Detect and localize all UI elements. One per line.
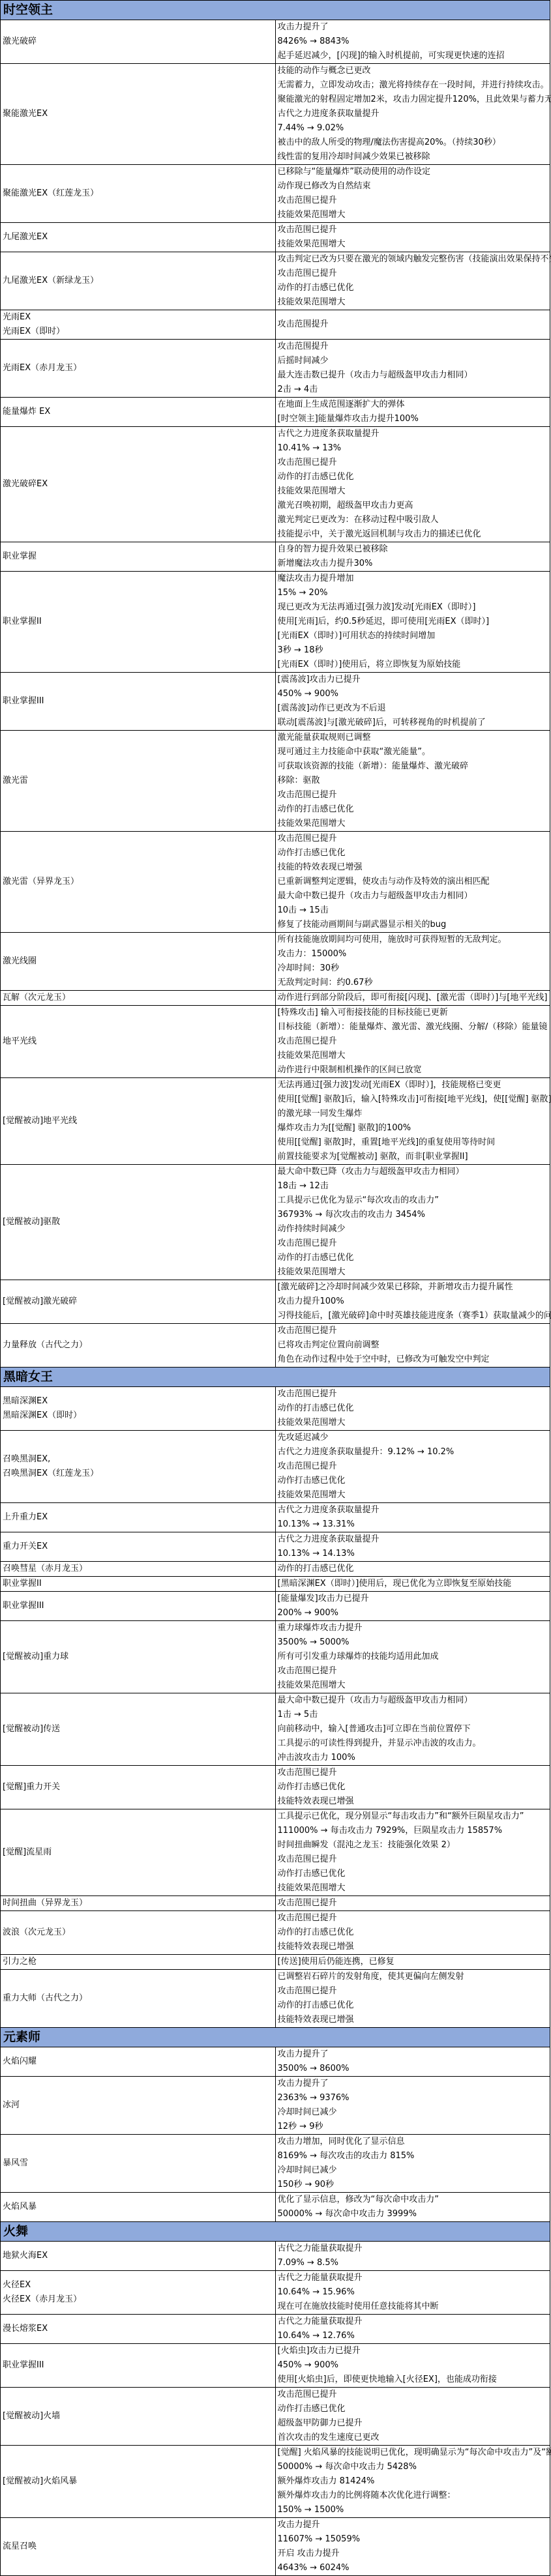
change-line: 技能效果范围增大 [278,208,548,222]
change-line: 攻击范围已提升 [278,1387,548,1401]
table-row: 激光雷（异界龙玉）攻击范围已提升动作打击感已优化技能的特效表现已增强已重新调整判… [1,832,550,933]
change-line: 已移除与“能量爆炸”联动使用的动作设定 [278,165,548,179]
change-line: 18击 → 12击 [278,1179,548,1193]
change-line: 3500% → 8600% [278,2062,548,2076]
skill-name: 激光破碎EX [3,477,273,491]
change-line: 攻击范围已提升 [278,1664,548,1678]
change-description-cell: 古代之力能量获取提升10.64% → 12.76% [275,2315,550,2344]
section-title: 黑暗女王 [1,1368,550,1387]
skill-name-cell: 能量爆炸 EX [1,398,276,427]
skill-name-cell: [觉醒被动]重力球 [1,1621,276,1693]
change-line: 额外爆炸攻击力的比例将随本次优化进行调整： [278,2489,548,2503]
skill-name-cell: 激光破碎 [1,20,276,64]
change-line: 新增魔法攻击力提升30% [278,557,548,571]
change-line: 攻击范围已提升 [278,2388,548,2402]
skill-name-cell: 黑暗深渊EX黑暗深渊EX（即时） [1,1387,276,1431]
change-line: 已重新调整判定逻辑，使攻击与动作及特效的演出相匹配 [278,875,548,889]
change-description-cell: [震荡波]攻击力已提升450% → 900%[震荡波]动作已更改为不后退联动[震… [275,673,550,731]
skill-name: 激光雷（异界龙玉） [3,875,273,889]
table-row: 冰河攻击力提升了2363% → 9376%冷却时间已减少12秒 → 9秒 [1,2077,550,2135]
skill-name: 火径EX [3,2278,273,2292]
skill-name-cell: 职业掌握III [1,2344,276,2388]
skill-name-cell: 上升重力EX [1,1503,276,1532]
change-line: 攻击范围已提升 [278,1237,548,1251]
change-line: 8169% → 每次攻击的攻击力 815% [278,2149,548,2163]
table-row: [觉醒被动]地平光线无法再通过[强力波]发动[光雨EX（即时）]，技能规格已变更… [1,1078,550,1165]
change-line: 工具提示已优化，现分别显示“每击攻击力”和“额外巨陨星攻击力” [278,1809,548,1824]
change-line: 冷却时间已减少 [278,2163,548,2178]
skill-name: 激光线圈 [3,954,273,969]
change-line: 后摇时间减少 [278,354,548,368]
table-row: 职业掌握II[黑暗深渊EX（即时）]使用后，现已优化为立即恢复至原始技能 [1,1577,550,1592]
change-description-cell: 已移除与“能量爆炸”联动使用的动作设定动作现已修改为自然结束攻击范围已提升技能效… [275,165,550,223]
skill-name-cell: 聚能激光EX [1,64,276,165]
change-line: 动作的打击感已优化 [278,802,548,817]
change-line: 最大命中数已降（攻击力与超级盔甲攻击力相同） [278,1165,548,1179]
skill-name: 职业掌握III [3,2358,273,2373]
skill-name-cell: [觉醒被动]驱散 [1,1165,276,1280]
change-line: 动作打击感已优化 [278,846,548,860]
skill-name: [觉醒被动]驱散 [3,1215,273,1229]
change-line: 攻击范围提升 [278,317,548,332]
change-line: 攻击力提升100% [278,1295,548,1309]
change-line: 450% → 900% [278,687,548,701]
skill-name: [觉醒被动]传送 [3,1722,273,1736]
change-line: 10.41% → 13% [278,441,548,456]
change-description-cell: 攻击力提升了2363% → 9376%冷却时间已减少12秒 → 9秒 [275,2077,550,2135]
table-row: 火焰风暴优化了显示信息，修改为“每次命中攻击力”50000% → 每次命中攻击力… [1,2193,550,2222]
skill-name: [觉醒]重力开关 [3,1780,273,1794]
skill-name-cell: 光雨EX光雨EX（即时） [1,310,276,340]
change-line: 古代之力进度条获取量提升 [278,1532,548,1547]
skill-name: [觉醒被动]激光破碎 [3,1295,273,1309]
skill-name: 聚能激光EX（红莲龙玉） [3,186,273,201]
change-description-cell: [觉醒] 火焰风暴的技能说明已优化，现明确显示为“每次命中攻击力”及“额外爆炸攻… [275,2446,550,2518]
section-title: 时空领主 [1,1,550,20]
table-row: [觉醒被动]驱散最大命中数已降（攻击力与超级盔甲攻击力相同）18击 → 12击工… [1,1165,550,1280]
change-line: 可获取该资源的技能（新增）：能量爆炸、激光破碎 [278,759,548,774]
table-row: 黑暗深渊EX黑暗深渊EX（即时）攻击范围已提升动作的打击感已优化技能效果范围增大 [1,1387,550,1431]
change-line: 技能效果范围增大 [278,1265,548,1280]
change-line: 动作进行中限制相机操作的区间已放宽 [278,1063,548,1077]
table-row: [觉醒被动]激光破碎[激光破碎]之冷却时间减少效果已移除，并新增攻击力提升属性攻… [1,1280,550,1324]
table-row: 上升重力EX古代之力进度条获取量提升10.13% → 13.31% [1,1503,550,1532]
table-row: 职业掌握自身的智力提升效果已被移除新增魔法攻击力提升30% [1,542,550,572]
table-row: 职业掌握III[能量爆发]攻击力已提升200% → 900% [1,1592,550,1621]
skill-name-cell: 聚能激光EX（红莲龙玉） [1,165,276,223]
skill-name-cell: [觉醒被动]传送 [1,1693,276,1766]
skill-name: 火焰风暴 [3,2200,273,2214]
table-row: [觉醒被动]传送最大命中数已提升（攻击力与超级盔甲攻击力相同）1击 → 5击向前… [1,1693,550,1766]
skill-name: 职业掌握III [3,1599,273,1613]
table-row: 波浪（次元龙玉）攻击范围已提升动作的打击感已优化技能特效表现已增强 [1,1911,550,1955]
change-line: 动作的打击感已优化 [278,1925,548,1940]
skill-name: 能量爆炸 EX [3,405,273,419]
change-description-cell: 古代之力进度条获取量提升10.41% → 13%攻击范围已提升动作的打击感已优化… [275,427,550,542]
skill-name: 职业掌握II [3,615,273,629]
skill-name: 重力开关EX [3,1540,273,1554]
change-line: 50000% → 每次命中攻击力 5428% [278,2460,548,2474]
skill-name: 黑暗深渊EX（即时） [3,1409,273,1423]
change-line: 10.13% → 14.13% [278,1547,548,1561]
skill-name: 召唤黑洞EX（红莲龙玉） [3,1467,273,1481]
change-line: 时间扭曲瞬发（混沌之龙玉：技能强化效果 2） [278,1838,548,1852]
change-line: 起手延迟减少，[闪现]的输入时机提前，可实现更快速的连招 [278,49,548,63]
skill-name-cell: 职业掌握II [1,572,276,673]
skill-name: 地平光线 [3,1034,273,1049]
change-description-cell: 激光能量获取规则已调整现可通过主力技能命中获取“激光能量”。可获取该资源的技能（… [275,731,550,832]
change-line: 动作的打击感已优化 [278,470,548,484]
change-line: 2击 → 4击 [278,383,548,397]
change-description-cell: 攻击范围已提升动作的打击感已优化技能特效表现已增强 [275,1911,550,1955]
change-description-cell: 重力球爆炸攻击力提升3500% → 5000%所有可引发重力球爆炸的技能均适用此… [275,1621,550,1693]
skill-name: 冰河 [3,2098,273,2113]
skill-name-cell: 重力大师（古代之力） [1,1970,276,2028]
skill-name-cell: [觉醒被动]激光破碎 [1,1280,276,1324]
skill-name: 九尾激光EX（新绿龙玉） [3,274,273,288]
skill-name: 光雨EX（即时） [3,325,273,339]
skill-name-cell: [觉醒]重力开关 [1,1766,276,1809]
table-row: 职业掌握III[火焰虫]攻击力已提升450% → 900%使用[火焰虫]后，即使… [1,2344,550,2388]
change-line: 2363% → 9376% [278,2091,548,2105]
change-line: 200% → 900% [278,1606,548,1620]
change-line: 技能效果范围增大 [278,1881,548,1895]
change-description-cell: 攻击范围已提升已将攻击判定位置向前调整角色在动作过程中处于空中时，已修改为可触发… [275,1324,550,1368]
change-description-cell: 工具提示已优化，现分别显示“每击攻击力”和“额外巨陨星攻击力”111000% →… [275,1809,550,1896]
change-line: 所有技能施放期间均可使用，施放时可获得短暂的无敌判定。 [278,933,548,947]
change-line: 技能效果范围增大 [278,1678,548,1693]
change-line: 动作现已修改为自然结束 [278,179,548,194]
change-line: 150% → 1500% [278,2503,548,2517]
skill-name: 波浪（次元龙玉） [3,1925,273,1940]
change-line: 工具提示的可读性得到提升，并显示冲击波的攻击力。 [278,1736,548,1751]
skill-name: 瓦解（次元龙玉） [3,991,273,1005]
skill-name-cell: 激光线圈 [1,933,276,991]
table-row: 激光线圈所有技能施放期间均可使用，施放时可获得短暂的无敌判定。攻击力：15000… [1,933,550,991]
skill-name-cell: 职业掌握II [1,1577,276,1592]
table-row: 光雨EX光雨EX（即时）攻击范围提升 [1,310,550,340]
change-line: 角色在动作过程中处于空中时，已修改为可触发空中判定 [278,1353,548,1367]
change-description-cell: 所有技能施放期间均可使用，施放时可获得短暂的无敌判定。攻击力：15000%冷却时… [275,933,550,991]
table-row: 召唤彗星（赤月龙玉）动作的打击感已优化 [1,1562,550,1577]
change-line: 动作打击感已优化 [278,2402,548,2416]
change-line: 前置技能要求为[觉醒被动] 驱散，而非[职业掌握II] [278,1150,548,1164]
change-line: 古代之力能量获取提升 [278,2315,548,2329]
change-description-cell: 攻击范围已提升技能效果范围增大 [275,223,550,252]
change-line: 4643% → 6024% [278,2561,548,2575]
change-line: 攻击力提升了 [278,2047,548,2062]
change-line: 10.64% → 15.96% [278,2285,548,2300]
change-line: 修复了技能动画期间与副武器显示相关的bug [278,918,548,932]
change-line: 首次攻击的发生速度已更改 [278,2431,548,2445]
skill-name-cell: [觉醒被动]火焰风暴 [1,2446,276,2518]
table-row: 能量爆炸 EX在地面上生成范围逐渐扩大的弹体[时空领主]能量爆炸攻击力提升100… [1,398,550,427]
change-line: 攻击范围已提升 [278,456,548,470]
skill-name-cell: 波浪（次元龙玉） [1,1911,276,1955]
change-description-cell: 在地面上生成范围逐渐扩大的弹体[时空领主]能量爆炸攻击力提升100% [275,398,550,427]
skill-name-cell: 漫长熔浆EX [1,2315,276,2344]
skill-name: 上升重力EX [3,1510,273,1525]
change-line: 使用[[觉醒] 驱散]时，重置[地平光线]的重复使用等待时间 [278,1135,548,1150]
change-description-cell: 技能的动作与概念已更改无需蓄力，立即发动攻击；激光将持续存在一段时间，并进行持续… [275,64,550,165]
change-line: 冷却时间已减少 [278,2105,548,2120]
table-row: 召唤黑洞EX,召唤黑洞EX（红莲龙玉）先攻延迟减少古代之力进度条获取量提升：9.… [1,1431,550,1503]
change-line: 使用[火焰虫]后，即使更快地输入[火径EX]，也能成功衔接 [278,2373,548,2387]
change-line: 古代之力能量获取提升 [278,2271,548,2285]
change-line: 7.44% → 9.02% [278,121,548,136]
change-line: [光雨EX（即时）]可用状态的持续时间增加 [278,629,548,643]
table-row: 暴风雪攻击力增加，同时优化了显示信息8169% → 每次攻击的攻击力 815%冷… [1,2135,550,2193]
change-line: 攻击力提升了 [278,20,548,35]
change-line: 激光判定已更改为：在移动过程中吸引敌人 [278,513,548,527]
change-line: 联动[震荡波]与[激光破碎]后，可转移视角的时机提前了 [278,716,548,730]
skill-name: 黑暗深渊EX [3,1394,273,1409]
change-line: 聚能激光的射程固定增加2米，攻击力固定提升120%，且此效果与蓄力无关 [278,93,548,107]
skill-name-cell: 时间扭曲（异界龙玉） [1,1896,276,1911]
change-line: [黑暗深渊EX（即时）]使用后，现已优化为立即恢复至原始技能 [278,1577,548,1591]
skill-name: 暴风雪 [3,2156,273,2171]
change-line: 动作的打击感已优化 [278,1401,548,1416]
change-line: 技能提示中，关于激光返回机制与攻击力的描述已优化 [278,527,548,542]
table-row: 聚能激光EX技能的动作与概念已更改无需蓄力，立即发动攻击；激光将持续存在一段时间… [1,64,550,165]
change-description-cell: 攻击力提升11607% → 15059%开启 攻击力提升4643% → 6024… [275,2518,550,2576]
change-line: 3500% → 5000% [278,1635,548,1650]
change-description-cell: 攻击力提升了3500% → 8600% [275,2047,550,2077]
skill-name: 光雨EX（赤月龙玉） [3,361,273,375]
change-line: 最大命中数已提升（攻击力与超级盔甲攻击力相同） [278,1693,548,1708]
table-row: 九尾激光EX（新绿龙玉）攻击判定已改为只要在激光的领域内触发完整伤害（技能演出效… [1,252,550,310]
change-description-cell: 攻击范围已提升动作打击感已优化技能特效表现已增强 [275,1766,550,1809]
change-line: 所有可引发重力球爆炸的技能均适用此加成 [278,1650,548,1664]
change-line: 攻击范围已提升 [278,1984,548,1998]
change-line: [火焰虫]攻击力已提升 [278,2344,548,2358]
change-line: 8426% → 8843% [278,35,548,49]
skill-name-cell: 激光雷（异界龙玉） [1,832,276,933]
change-line: 攻击范围已提升 [278,1911,548,1925]
change-description-cell: 攻击范围已提升动作打击感已优化技能的特效表现已增强已重新调整判定逻辑，使攻击与动… [275,832,550,933]
change-line: 重力球爆炸攻击力提升 [278,1621,548,1635]
change-line: 450% → 900% [278,2358,548,2373]
skill-name-cell: 九尾激光EX（新绿龙玉） [1,252,276,310]
change-line: 7.09% → 8.5% [278,2256,548,2270]
skill-name-cell: 暴风雪 [1,2135,276,2193]
section-title: 元素师 [1,2028,550,2047]
skill-name: 重力大师（古代之力） [3,1991,273,2006]
skill-name: 职业掌握III [3,694,273,709]
change-description-cell: [能量爆发]攻击力已提升200% → 900% [275,1592,550,1621]
change-line: 动作的打击感已优化 [278,281,548,295]
skill-name-cell: 地狱火海EX [1,2242,276,2271]
table-row: [觉醒被动]重力球重力球爆炸攻击力提升3500% → 5000%所有可引发重力球… [1,1621,550,1693]
patch-notes-body: 时空领主激光破碎攻击力提升了8426% → 8843%起手延迟减少，[闪现]的输… [1,1,550,2576]
change-line: 动作的打击感已优化 [278,1251,548,1265]
change-line: 古代之力进度条获取量提升 [278,427,548,441]
change-line: 现已更改为无法再通过[强力波]发动[光雨EX（即时）] [278,600,548,615]
change-description-cell: [火焰虫]攻击力已提升450% → 900%使用[火焰虫]后，即使更快地输入[火… [275,2344,550,2388]
skill-name: 激光雷 [3,774,273,788]
change-description-cell: 自身的智力提升效果已被移除新增魔法攻击力提升30% [275,542,550,572]
change-line: 超级盔甲防御力已提升 [278,2416,548,2431]
change-description-cell: 最大命中数已提升（攻击力与超级盔甲攻击力相同）1击 → 5击向前移动中，输入[普… [275,1693,550,1766]
change-line: 目标技能（新增）：能量爆炸、激光雷、激光线圈、分解/（移除）能量镜 [278,1020,548,1034]
change-line: [能量爆发]攻击力已提升 [278,1592,548,1606]
change-line: 线性雷的复用冷却时间减少效果已被移除 [278,150,548,164]
change-line: 攻击范围已提升 [278,1324,548,1338]
change-description-cell: 攻击范围提升 [275,310,550,340]
change-line: [特殊攻击] 输入可衔接技能的目标技能已更新 [278,1006,548,1020]
change-description-cell: 攻击力增加，同时优化了显示信息8169% → 每次攻击的攻击力 815%冷却时间… [275,2135,550,2193]
skill-name-cell: 职业掌握 [1,542,276,572]
patch-notes-table: 时空领主激光破碎攻击力提升了8426% → 8843%起手延迟减少，[闪现]的输… [0,0,550,2576]
change-description-cell: 已调整岩石碎片的发射角度，使其更偏向左侧发射攻击范围已提升动作的打击感已优化技能… [275,1970,550,2028]
table-row: 重力大师（古代之力）已调整岩石碎片的发射角度，使其更偏向左侧发射攻击范围已提升动… [1,1970,550,2028]
table-row: [觉醒被动]火焰风暴[觉醒] 火焰风暴的技能说明已优化，现明确显示为“每次命中攻… [1,2446,550,2518]
change-description-cell: 古代之力能量获取提升10.64% → 15.96%现在可在施放技能时使用任意技能… [275,2271,550,2315]
table-row: [觉醒]重力开关攻击范围已提升动作打击感已优化技能特效表现已增强 [1,1766,550,1809]
change-description-cell: 古代之力进度条获取量提升10.13% → 13.31% [275,1503,550,1532]
change-line: 动作打击感已优化 [278,1780,548,1794]
skill-name-cell: 职业掌握III [1,1592,276,1621]
change-line: 攻击范围已提升 [278,1766,548,1780]
skill-name-cell: 召唤彗星（赤月龙玉） [1,1562,276,1577]
change-line: 动作的打击感已优化 [278,1562,548,1576]
change-line: 3秒 → 18秒 [278,643,548,658]
change-line: 技能效果范围增大 [278,484,548,499]
table-row: 时间扭曲（异界龙玉）攻击范围已提升 [1,1896,550,1911]
table-row: 地平光线[特殊攻击] 输入可衔接技能的目标技能已更新目标技能（新增）：能量爆炸、… [1,1006,550,1078]
skill-name-cell: 火焰风暴 [1,2193,276,2222]
change-line: 无敌判定时间：约0.67秒 [278,976,548,990]
change-line: 技能效果范围增大 [278,1049,548,1063]
change-line: 技能效果范围增大 [278,817,548,831]
change-description-cell: 攻击范围已提升动作打击感已优化超级盔甲防御力已提升首次攻击的发生速度已更改 [275,2388,550,2446]
change-line: 技能效果范围增大 [278,1488,548,1502]
skill-name: [觉醒被动]火焰风暴 [3,2474,273,2489]
change-description-cell: 动作的打击感已优化 [275,1562,550,1577]
change-line: 移除：驱散 [278,774,548,788]
change-line: 技能效果范围增大 [278,1416,548,1430]
skill-name-cell: 瓦解（次元龙玉） [1,991,276,1006]
skill-name: 九尾激光EX [3,230,273,244]
change-line: 150秒 → 90秒 [278,2178,548,2192]
skill-name-cell: 光雨EX（赤月龙玉） [1,340,276,398]
change-line: 技能效果范围增大 [278,237,548,252]
change-line: 攻击范围已提升 [278,267,548,281]
change-line: [激光破碎]之冷却时间减少效果已移除，并新增攻击力提升属性 [278,1280,548,1295]
change-line: 额外爆炸攻击力 81424% [278,2474,548,2489]
change-line: 无法再通过[强力波]发动[光雨EX（即时）]，技能规格已变更 [278,1078,548,1092]
change-line: 动作的打击感已优化 [278,1998,548,2013]
table-row: 聚能激光EX（红莲龙玉）已移除与“能量爆炸”联动使用的动作设定动作现已修改为自然… [1,165,550,223]
change-line: 已调整岩石碎片的发射角度，使其更偏向左侧发射 [278,1970,548,1984]
change-line: 自身的智力提升效果已被移除 [278,542,548,557]
table-row: 火焰闪耀攻击力提升了3500% → 8600% [1,2047,550,2077]
table-row: 重力开关EX古代之力进度条获取量提升10.13% → 14.13% [1,1532,550,1562]
change-line: 111000% → 每击攻击力 7929%，巨陨星攻击力 15857% [278,1824,548,1838]
skill-name: [觉醒被动]火墙 [3,2409,273,2423]
change-line: 最大命中数已提升（攻击力与超级盔甲攻击力相同） [278,889,548,903]
change-line: 11607% → 15059% [278,2532,548,2547]
change-line: 50000% → 每次命中攻击力 3999% [278,2207,548,2221]
change-line: 古代之力进度条获取量提升：9.12% → 10.2% [278,1445,548,1459]
change-description-cell: 优化了显示信息，修改为“每次命中攻击力”50000% → 每次命中攻击力 399… [275,2193,550,2222]
table-row: 激光破碎EX古代之力进度条获取量提升10.41% → 13%攻击范围已提升动作的… [1,427,550,542]
skill-name: 激光破碎 [3,35,273,49]
change-description-cell: 动作进行到部分阶段后，即可衔接[闪现]、[激光雷（即时）]与[地平光线] [275,991,550,1006]
skill-name: 光雨EX [3,310,273,325]
change-line: 技能特效表现已增强 [278,1794,548,1809]
table-row: 火径EX火径EX（赤月龙玉）古代之力能量获取提升10.64% → 15.96%现… [1,2271,550,2315]
change-description-cell: [激光破碎]之冷却时间减少效果已移除，并新增攻击力提升属性攻击力提升100%习得… [275,1280,550,1324]
table-row: [觉醒]流星雨工具提示已优化，现分别显示“每击攻击力”和“额外巨陨星攻击力”11… [1,1809,550,1896]
change-description-cell: 古代之力进度条获取量提升10.13% → 14.13% [275,1532,550,1562]
change-line: [时空领主]能量爆炸攻击力提升100% [278,412,548,426]
change-description-cell: 攻击范围已提升动作的打击感已优化技能效果范围增大 [275,1387,550,1431]
change-line: 魔法攻击力提升增加 [278,572,548,586]
table-row: 九尾激光EX攻击范围已提升技能效果范围增大 [1,223,550,252]
change-line: 激光能量获取规则已调整 [278,731,548,745]
change-line: [震荡波]攻击力已提升 [278,673,548,687]
table-row: 光雨EX（赤月龙玉）攻击范围提升后摇时间减少最大连击数已提升（攻击力与超级盔甲攻… [1,340,550,398]
change-line: 已将攻击判定位置向前调整 [278,1338,548,1353]
change-line: 技能的特效表现已增强 [278,860,548,875]
table-row: 力量释放（古代之力）攻击范围已提升已将攻击判定位置向前调整角色在动作过程中处于空… [1,1324,550,1368]
table-row: 地狱火海EX古代之力能量获取提升7.09% → 8.5% [1,2242,550,2271]
skill-name: 职业掌握 [3,549,273,564]
section-header-row: 火舞 [1,2222,550,2242]
change-line: 工具提示已优化为显示“每次攻击的攻击力” [278,1193,548,1208]
table-row: 漫长熔浆EX古代之力能量获取提升10.64% → 12.76% [1,2315,550,2344]
skill-name: 火径EX（赤月龙玉） [3,2292,273,2307]
table-row: [觉醒被动]火墙攻击范围已提升动作打击感已优化超级盔甲防御力已提升首次攻击的发生… [1,2388,550,2446]
change-line: 最大连击数已提升（攻击力与超级盔甲攻击力相同） [278,368,548,383]
section-header-row: 时空领主 [1,1,550,20]
change-line: 激光召唤初期，超级盔甲攻击力更高 [278,499,548,513]
change-description-cell: 攻击力提升了8426% → 8843%起手延迟减少，[闪现]的输入时机提前，可实… [275,20,550,64]
change-line: 古代之力能量获取提升 [278,2242,548,2256]
change-line: 冷却时间：30秒 [278,961,548,976]
change-line: 攻击范围已提升 [278,1459,548,1474]
change-description-cell: 魔法攻击力提升增加15% → 20%现已更改为无法再通过[强力波]发动[光雨EX… [275,572,550,673]
change-line: 攻击范围已提升 [278,1852,548,1867]
skill-name: [觉醒被动]重力球 [3,1650,273,1664]
change-description-cell: 攻击判定已改为只要在激光的领域内触发完整伤害（技能演出效果保持不变）攻击范围已提… [275,252,550,310]
change-line: 10.13% → 13.31% [278,1517,548,1532]
change-line: 爆炸攻击力为[[觉醒] 驱散]的100% [278,1121,548,1135]
change-line: 攻击范围提升 [278,340,548,354]
table-row: 职业掌握III[震荡波]攻击力已提升450% → 900%[震荡波]动作已更改为… [1,673,550,731]
change-line: 15% → 20% [278,586,548,600]
skill-name: 火焰闪耀 [3,2055,273,2069]
skill-name-cell: 激光破碎EX [1,427,276,542]
change-line: 10.64% → 12.76% [278,2329,548,2343]
change-line: 攻击范围已提升 [278,1034,548,1049]
change-line: 攻击范围已提升 [278,832,548,846]
change-line: [传送]使用后仍能连携，已修复 [278,1955,548,1969]
skill-name: 地狱火海EX [3,2249,273,2263]
change-line: 1击 → 5击 [278,1708,548,1722]
skill-name-cell: 职业掌握III [1,673,276,731]
change-line: 动作打击感已优化 [278,1867,548,1881]
change-line: 优化了显示信息，修改为“每次命中攻击力” [278,2193,548,2207]
change-line: 古代之力进度条获取量提升 [278,107,548,121]
skill-name-cell: 激光雷 [1,731,276,832]
skill-name: 职业掌握II [3,1577,273,1591]
section-header-row: 元素师 [1,2028,550,2047]
skill-name-cell: 九尾激光EX [1,223,276,252]
change-description-cell: 最大命中数已降（攻击力与超级盔甲攻击力相同）18击 → 12击工具提示已优化为显… [275,1165,550,1280]
skill-name-cell: [觉醒被动]火墙 [1,2388,276,2446]
